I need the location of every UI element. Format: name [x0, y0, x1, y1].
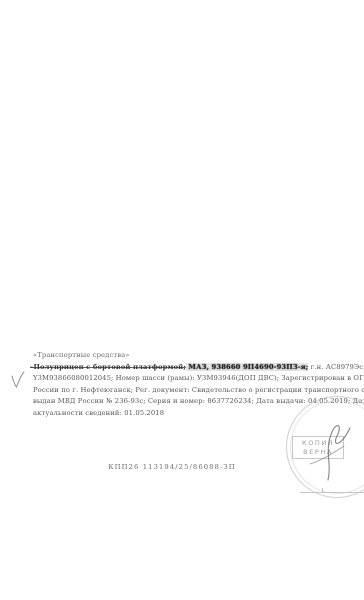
handwritten-checkmark-icon — [9, 370, 27, 392]
scan-artifact-line — [300, 492, 364, 493]
record-line-2: Y3M93866080012045; Номер шасси (рамы): У… — [33, 373, 339, 385]
section-title: «Транспортные средства» — [33, 350, 339, 362]
record-line-1: –Полуприцеп с бортовой платформой; МАЗ, … — [30, 362, 339, 374]
record-line-1-rest: г.н. АС8979Эс; цвет: СИНИЙ; VIN: — [308, 363, 364, 371]
record-smudged-segment: МАЗ, 938660 9П4690-93ПЗ-я; — [186, 363, 309, 371]
signature-icon — [270, 390, 364, 505]
scan-artifact-tick — [322, 488, 323, 493]
footer-code: КПП26 113194/25/86088-ЗП — [0, 463, 344, 471]
document-page: «Транспортные средства» –Полуприцеп с бо… — [0, 0, 364, 600]
record-lead-segment: –Полуприцеп с бортовой платформой; — [30, 363, 186, 371]
copy-stamp: КОПИЯ ВЕРНА — [270, 390, 364, 505]
